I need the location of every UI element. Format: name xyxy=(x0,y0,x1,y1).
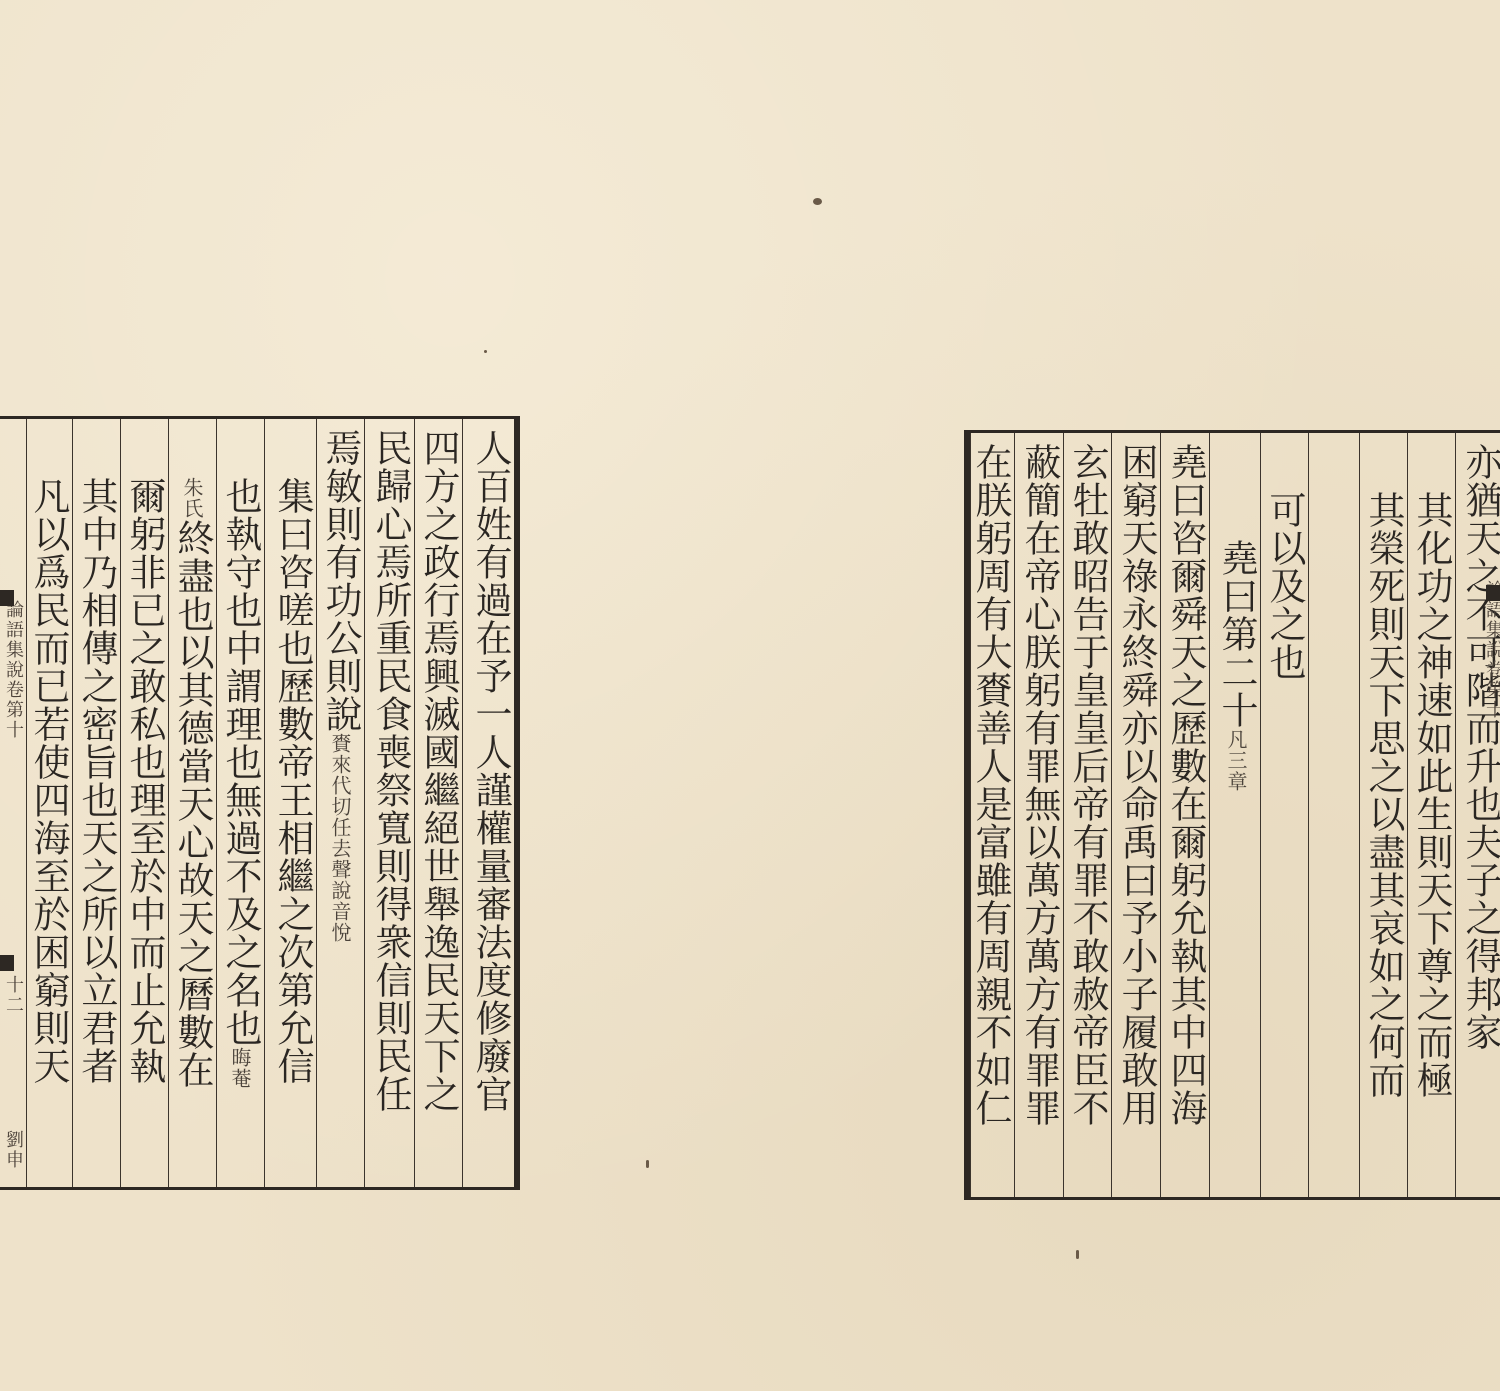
right-page-column xyxy=(1308,433,1359,1197)
left-margin-title: 論語集說卷第十 xyxy=(0,600,26,740)
interlinear-note: 朱氏 xyxy=(180,477,204,519)
right-page-text-frame: 亦猶天之不可階而升也夫子之得邦家其化功之神速如此生則天下尊之而極其榮死則天下思之… xyxy=(964,430,1500,1200)
column-text: 四方之政行焉興滅國繼絕世舉逸民天下之 xyxy=(417,429,460,1113)
ink-speck xyxy=(484,350,487,353)
right-page-column: 其榮死則天下思之以盡其哀如之何而 xyxy=(1359,433,1407,1197)
column-text: 其榮死則天下思之以盡其哀如之何而 xyxy=(1362,491,1405,1099)
column-text: 堯曰咨爾舜天之歷數在爾躬允執其中四海 xyxy=(1164,443,1207,1127)
ink-speck xyxy=(646,1160,649,1168)
right-margin-title: 論語集說卷第十 xyxy=(1480,580,1500,720)
left-page-column: 也執守也中謂理也無過不及之名也晦菴 xyxy=(216,419,264,1187)
left-page-column: 四方之政行焉興滅國繼絕世舉逸民天下之 xyxy=(414,419,462,1187)
column-text: 也執守也中謂理也無過不及之名也 xyxy=(219,477,262,1047)
right-page-column: 堯曰第二十凡三章 xyxy=(1209,433,1260,1197)
right-page-column: 蔽簡在帝心朕躬有罪無以萬方萬方有罪罪 xyxy=(1014,433,1063,1197)
column-text: 可以及之也 xyxy=(1263,491,1306,681)
left-page-column: 爾躬非已之敢私也理至於中而止允執 xyxy=(120,419,168,1187)
left-page-columns: 人百姓有過在予一人謹權量審法度修廢官四方之政行焉興滅國繼絕世舉逸民天下之民歸心焉… xyxy=(0,419,514,1187)
right-page-column: 其化功之神速如此生則天下尊之而極 xyxy=(1407,433,1455,1197)
interlinear-note: 凡三章 xyxy=(1224,729,1248,792)
column-text: 困窮天祿永終舜亦以命禹曰予小子履敢用 xyxy=(1115,443,1158,1127)
left-page-column: 集曰咨嗟也歷數帝王相繼之次第允信 xyxy=(264,419,316,1187)
column-text: 在朕躬周有大賚善人是富雖有周親不如仁 xyxy=(969,443,1012,1127)
fish-tail-mark-top xyxy=(0,590,14,606)
column-text: 爾躬非已之敢私也理至於中而止允執 xyxy=(123,477,166,1085)
right-page-column: 困窮天祿永終舜亦以命禹曰予小子履敢用 xyxy=(1111,433,1160,1197)
right-page-column: 堯曰咨爾舜天之歷數在爾躬允執其中四海 xyxy=(1160,433,1209,1197)
right-page-column: 玄牡敢昭告于皇皇后帝有罪不敢赦帝臣不 xyxy=(1063,433,1111,1197)
right-page-column: 亦猶天之不可階而升也夫子之得邦家 xyxy=(1455,433,1500,1197)
column-text: 其中乃相傳之密旨也天之所以立君者 xyxy=(75,477,118,1085)
ink-speck xyxy=(813,198,822,205)
left-page-column: 朱氏終盡也以其德當天心故天之曆數在 xyxy=(168,419,216,1187)
left-margin-page-number: 十二 xyxy=(0,975,26,1015)
right-page-column: 可以及之也 xyxy=(1260,433,1308,1197)
column-text: 終盡也以其德當天心故天之曆數在 xyxy=(171,519,214,1089)
left-page-column: 凡以爲民而已若使四海至於困窮則天 xyxy=(26,419,72,1187)
column-text: 亦猶天之不可階而升也夫子之得邦家 xyxy=(1459,443,1500,1051)
right-page-columns: 亦猶天之不可階而升也夫子之得邦家其化功之神速如此生則天下尊之而極其榮死則天下思之… xyxy=(970,433,1500,1197)
left-page-column: 其中乃相傳之密旨也天之所以立君者 xyxy=(72,419,120,1187)
column-text: 堯曰第二十 xyxy=(1215,539,1258,729)
column-text: 其化功之神速如此生則天下尊之而極 xyxy=(1410,491,1453,1099)
column-text: 焉敏則有功公則說 xyxy=(319,429,362,733)
interlinear-note: 晦菴 xyxy=(228,1047,252,1089)
left-margin-bottom-text: 劉申 xyxy=(0,1130,26,1170)
left-page-column: 焉敏則有功公則說賚來代切任去聲說音悅 xyxy=(316,419,364,1187)
column-text: 凡以爲民而已若使四海至於困窮則天 xyxy=(27,477,70,1085)
left-page-text-frame: 人百姓有過在予一人謹權量審法度修廢官四方之政行焉興滅國繼絕世舉逸民天下之民歸心焉… xyxy=(0,416,520,1190)
column-text: 人百姓有過在予一人謹權量審法度修廢官 xyxy=(469,429,512,1113)
right-page-column: 在朕躬周有大賚善人是富雖有周親不如仁 xyxy=(970,433,1014,1197)
column-text: 集曰咨嗟也歷數帝王相繼之次第允信 xyxy=(271,477,314,1085)
fish-tail-mark-top xyxy=(1486,585,1500,601)
left-page-column: 民歸心焉所重民食喪祭寬則得衆信則民任 xyxy=(364,419,414,1187)
interlinear-note: 賚來代切 xyxy=(328,733,352,817)
column-text: 玄牡敢昭告于皇皇后帝有罪不敢赦帝臣不 xyxy=(1066,443,1109,1127)
column-text: 蔽簡在帝心朕躬有罪無以萬方萬方有罪罪 xyxy=(1018,443,1061,1127)
interlinear-note: 任去聲說音悅 xyxy=(328,817,352,943)
ink-speck xyxy=(1076,1250,1079,1259)
left-page-column: 人百姓有過在予一人謹權量審法度修廢官 xyxy=(462,419,514,1187)
fish-tail-mark-bottom xyxy=(0,955,14,971)
column-text: 民歸心焉所重民食喪祭寬則得衆信則民任 xyxy=(369,429,412,1113)
